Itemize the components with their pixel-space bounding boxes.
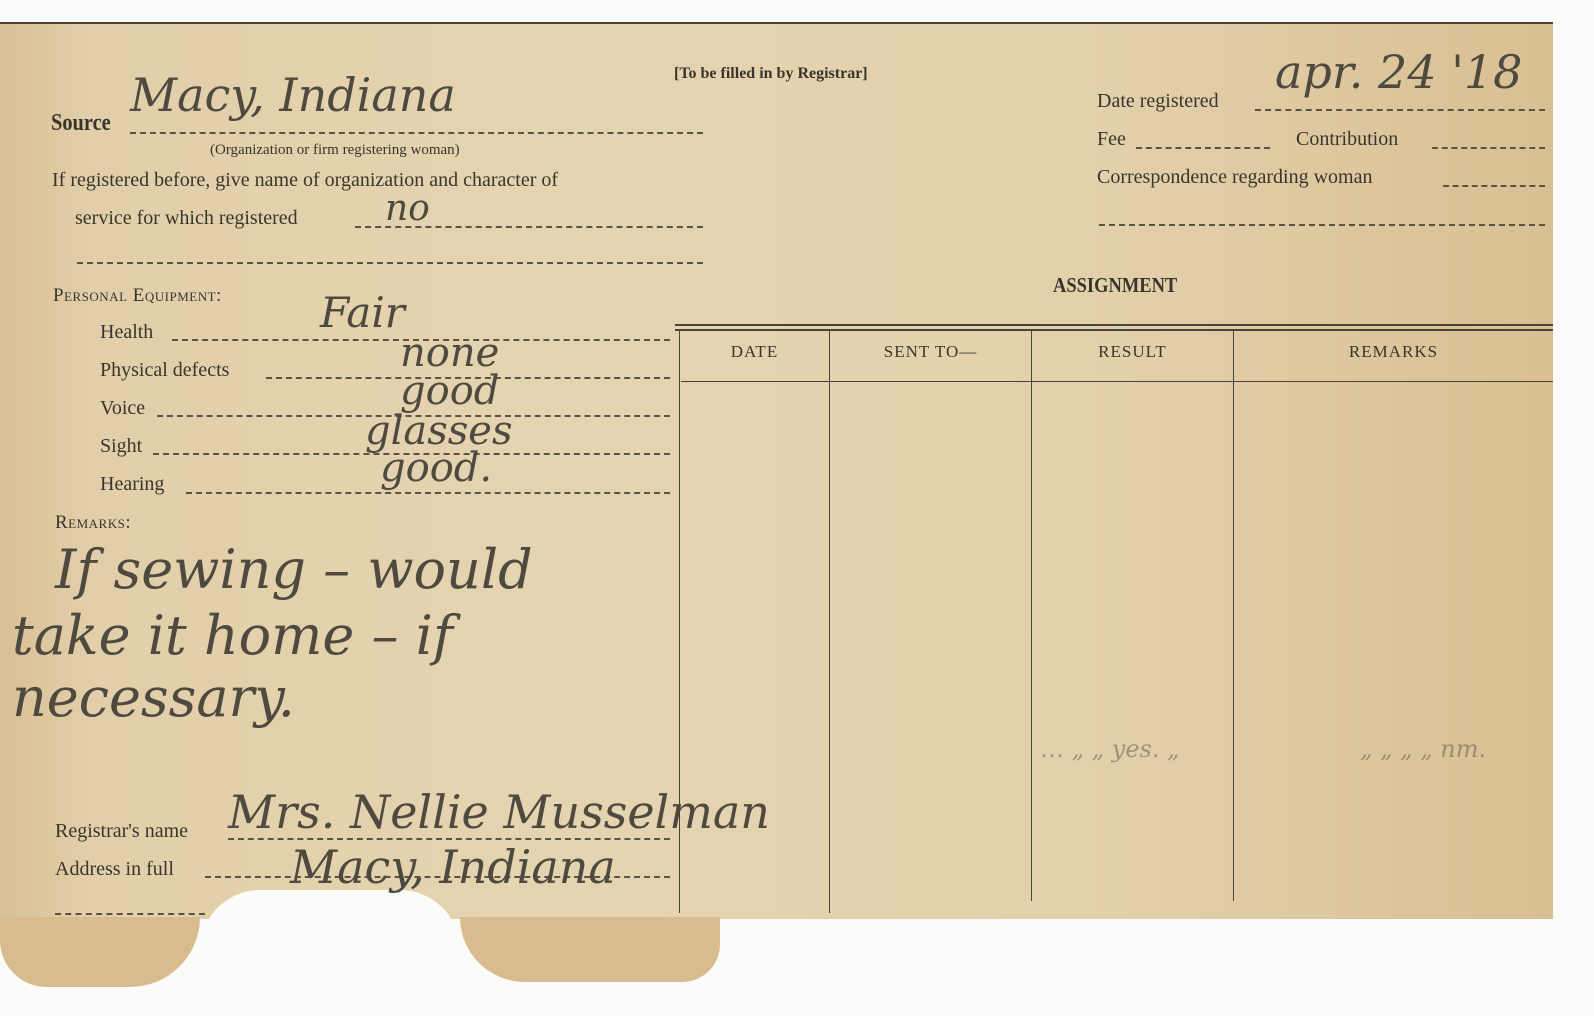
date-registered-line — [1255, 109, 1545, 111]
previous-registration-text: If registered before, give name of organ… — [52, 169, 558, 192]
personal-equipment-heading: Personal Equipment: — [53, 285, 222, 307]
address-value: Macy, Indiana — [290, 840, 616, 894]
table-divider-3 — [1233, 331, 1234, 901]
correspondence-line-2 — [1099, 224, 1545, 226]
column-header-date: DATE — [680, 342, 829, 362]
address-label: Address in full — [55, 858, 174, 881]
faint-offset-mark-1: … „ „ yes. „ — [1040, 735, 1180, 763]
table-divider-1 — [829, 331, 830, 913]
health-label: Health — [100, 321, 153, 344]
table-border-left — [679, 331, 680, 913]
card-tab-left — [0, 917, 200, 987]
assignment-title: ASSIGNMENT — [1053, 273, 1177, 298]
fee-line — [1136, 147, 1270, 149]
contribution-label: Contribution — [1296, 128, 1398, 151]
remarks-heading: Remarks: — [55, 512, 131, 534]
previous-registration-label: service for which registered — [75, 207, 298, 230]
previous-registration-line-2 — [77, 262, 703, 264]
previous-registration-value: no — [385, 188, 430, 229]
hearing-label: Hearing — [100, 473, 164, 496]
correspondence-line — [1443, 185, 1545, 187]
voice-label: Voice — [100, 397, 145, 420]
hearing-line — [186, 492, 670, 494]
source-label: Source — [51, 110, 111, 137]
sight-label: Sight — [100, 435, 142, 458]
column-header-result: RESULT — [1032, 342, 1233, 362]
remarks-line-1: If sewing – would — [55, 538, 533, 601]
column-header-remarks: REMARKS — [1234, 342, 1553, 362]
table-divider-2 — [1031, 331, 1032, 901]
registrar-name-label: Registrar's name — [55, 820, 188, 843]
registrar-note: [To be filled in by Registrar] — [674, 65, 868, 83]
date-registered-value: apr. 24 '18 — [1275, 45, 1522, 99]
source-caption: (Organization or firm registering woman) — [210, 142, 460, 159]
contribution-line — [1432, 147, 1545, 149]
health-value: Fair — [320, 288, 405, 337]
faint-offset-mark-2: „ „ „ „ nm. — [1360, 735, 1486, 763]
hearing-value: good. — [380, 445, 492, 491]
card-tab-middle — [460, 917, 720, 982]
card-notch-left — [200, 890, 460, 1016]
source-value: Macy, Indiana — [130, 68, 456, 122]
source-line — [130, 132, 703, 134]
table-header-rule — [681, 381, 1553, 382]
table-top-rule — [675, 324, 1553, 326]
address-line-2 — [55, 913, 205, 915]
table-top-rule-2 — [675, 329, 1553, 331]
fee-label: Fee — [1097, 128, 1126, 151]
correspondence-label: Correspondence regarding woman — [1097, 166, 1372, 189]
registrar-name-value: Mrs. Nellie Musselman — [228, 785, 770, 839]
physical-defects-label: Physical defects — [100, 359, 229, 382]
column-header-sent-to: SENT TO— — [830, 342, 1031, 362]
remarks-line-3: necessary. — [12, 666, 295, 729]
remarks-line-2: take it home – if — [12, 604, 453, 667]
date-registered-label: Date registered — [1097, 90, 1219, 113]
